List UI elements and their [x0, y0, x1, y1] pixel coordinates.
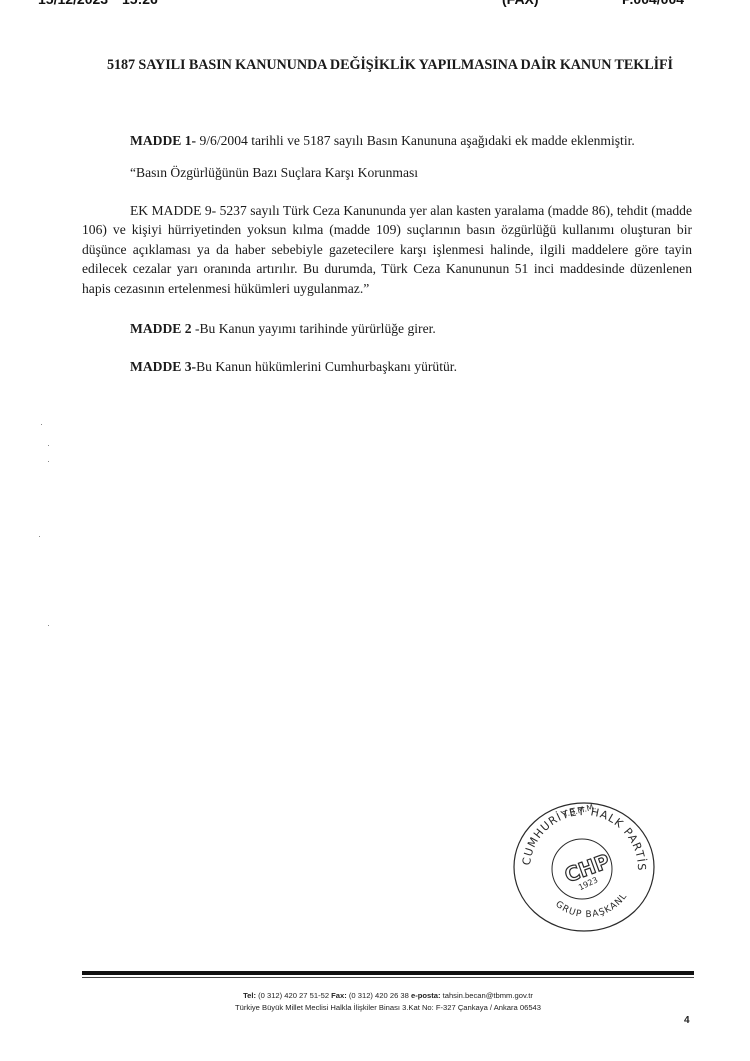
- scan-speck: [48, 625, 49, 626]
- article-heading: MADDE 2: [130, 321, 192, 336]
- fax-label-footer: Fax:: [331, 991, 347, 1000]
- article-1: MADDE 1- 9/6/2004 tarihli ve 5187 sayılı…: [82, 131, 692, 150]
- fax-page-counter: P.004/004: [622, 0, 684, 7]
- article-2: MADDE 2 -Bu Kanun yayımı tarihinde yürür…: [82, 319, 692, 338]
- scan-speck: [48, 445, 49, 446]
- article-heading: MADDE 3-: [130, 359, 196, 374]
- scan-speck: [39, 536, 40, 537]
- article-text: 9/6/2004 tarihli ve 5187 sayılı Basın Ka…: [196, 133, 635, 148]
- fax-value: (0 312) 420 26 38: [347, 991, 411, 1000]
- article-heading: MADDE 1-: [130, 133, 196, 148]
- tel-label: Tel:: [243, 991, 256, 1000]
- fax-date: 15/12/2023: [38, 0, 108, 7]
- footer-divider-thin: [82, 977, 694, 978]
- added-article-body: EK MADDE 9- 5237 sayılı Türk Ceza Kanunu…: [82, 201, 692, 298]
- footer-contact: Tel: (0 312) 420 27 51-52 Fax: (0 312) 4…: [82, 990, 694, 1014]
- footer-contact-line: Tel: (0 312) 420 27 51-52 Fax: (0 312) 4…: [82, 990, 694, 1002]
- fax-header: 15/12/2023 15:26 (FAX) P.004/004: [0, 0, 750, 7]
- article-text: EK MADDE 9- 5237 sayılı Türk Ceza Kanunu…: [82, 203, 692, 296]
- tel-value: (0 312) 420 27 51-52: [256, 991, 331, 1000]
- scan-speck: [48, 461, 49, 462]
- scan-speck: [41, 424, 42, 425]
- article-text: “Basın Özgürlüğünün Bazı Suçlara Karşı K…: [130, 165, 418, 180]
- email-label: e-posta:: [411, 991, 441, 1000]
- party-seal-stamp-icon: CUMHURİYET HALK PARTİSİ GRUP BAŞKANLIĞI …: [508, 797, 660, 937]
- footer-address: Türkiye Büyük Millet Meclisi Halkla İliş…: [82, 1002, 694, 1014]
- page-number: 4: [684, 1015, 690, 1026]
- article-3: MADDE 3-Bu Kanun hükümlerini Cumhurbaşka…: [82, 357, 692, 376]
- footer-divider-thick: [82, 971, 694, 975]
- added-article-title: “Basın Özgürlüğünün Bazı Suçlara Karşı K…: [82, 163, 692, 182]
- document-title: 5187 SAYILI BASIN KANUNUNDA DEĞİŞİKLİK Y…: [100, 56, 680, 75]
- fax-time: 15:26: [122, 0, 158, 7]
- fax-label: (FAX): [502, 0, 539, 7]
- email-value: tahsin.becan@tbmm.gov.tr: [441, 991, 533, 1000]
- article-text: Bu Kanun hükümlerini Cumhurbaşkanı yürüt…: [196, 359, 457, 374]
- article-text: -Bu Kanun yayımı tarihinde yürürlüğe gir…: [192, 321, 436, 336]
